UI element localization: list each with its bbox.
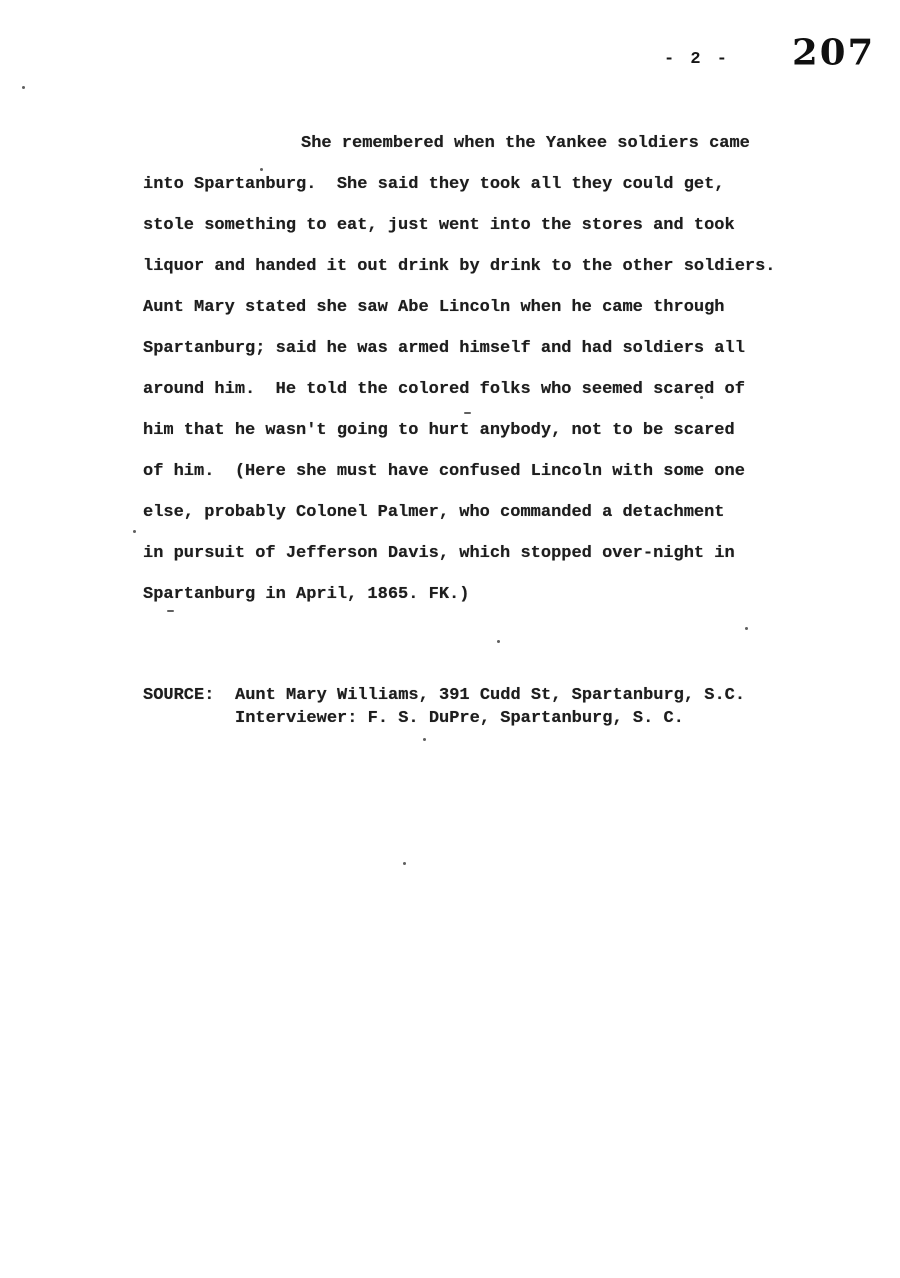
body-line: of him. (Here she must have confused Lin…: [143, 451, 783, 492]
typed-page-number: - 2 -: [664, 50, 730, 69]
source-line: Aunt Mary Williams, 391 Cudd St, Spartan…: [235, 684, 745, 707]
scan-speck: [745, 627, 748, 630]
body-line: stole something to eat, just went into t…: [143, 205, 783, 246]
body-line: Spartanburg in April, 1865. FK.): [143, 574, 783, 615]
body-line: Spartanburg; said he was armed himself a…: [143, 328, 783, 369]
scan-speck: [464, 412, 471, 414]
source-block: SOURCE: Aunt Mary Williams, 391 Cudd St,…: [143, 684, 745, 730]
source-label: SOURCE:: [143, 684, 235, 730]
body-line: around him. He told the colored folks wh…: [143, 369, 783, 410]
body-line: into Spartanburg. She said they took all…: [143, 164, 783, 205]
body-line: liquor and handed it out drink by drink …: [143, 246, 783, 287]
body-line: him that he wasn't going to hurt anybody…: [143, 410, 783, 451]
source-line: Interviewer: F. S. DuPre, Spartanburg, S…: [235, 707, 745, 730]
scan-speck: [423, 738, 426, 741]
scan-speck: [133, 530, 136, 533]
body-line: in pursuit of Jefferson Davis, which sto…: [143, 533, 783, 574]
source-lines: Aunt Mary Williams, 391 Cudd St, Spartan…: [235, 684, 745, 730]
stamped-page-number: 207: [792, 31, 875, 73]
scan-speck: [22, 86, 25, 89]
scan-speck: [167, 610, 174, 612]
body-line: She remembered when the Yankee soldiers …: [143, 123, 783, 164]
body-line: else, probably Colonel Palmer, who comma…: [143, 492, 783, 533]
scan-speck: [497, 640, 500, 643]
body-line: Aunt Mary stated she saw Abe Lincoln whe…: [143, 287, 783, 328]
scan-speck: [403, 862, 406, 865]
body-paragraph: She remembered when the Yankee soldiers …: [143, 123, 783, 615]
scanned-document-page: - 2 - 207 She remembered when the Yankee…: [0, 0, 900, 1278]
scan-speck: [260, 168, 263, 171]
scan-speck: [700, 396, 703, 399]
